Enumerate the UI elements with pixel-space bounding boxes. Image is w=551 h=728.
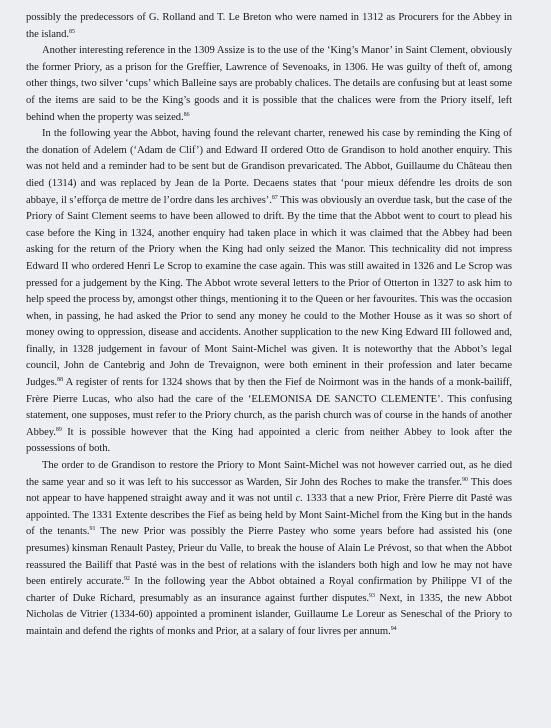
paragraph-text: Another interesting reference in the 130… [26,45,512,122]
paragraph: Another interesting reference in the 130… [26,43,512,126]
footnote-ref[interactable]: 86 [184,112,190,118]
paragraph-text: possibly the predecessors of G. Rolland … [26,12,512,40]
footnote-ref[interactable]: 94 [391,626,397,632]
paragraph-text: It is possible however that the King had… [26,427,512,455]
circa-abbreviation: c. [296,493,303,504]
paragraph-text: The order to de Grandison to restore the… [26,460,512,488]
document-page: possibly the predecessors of G. Rolland … [26,10,512,641]
paragraph: possibly the predecessors of G. Rolland … [26,10,512,43]
paragraph-text: This was obviously an overdue task, but … [26,195,512,389]
paragraph: In the following year the Abbot, having … [26,126,512,458]
paragraph: The order to de Grandison to restore the… [26,458,512,641]
footnote-ref[interactable]: 85 [69,29,75,35]
